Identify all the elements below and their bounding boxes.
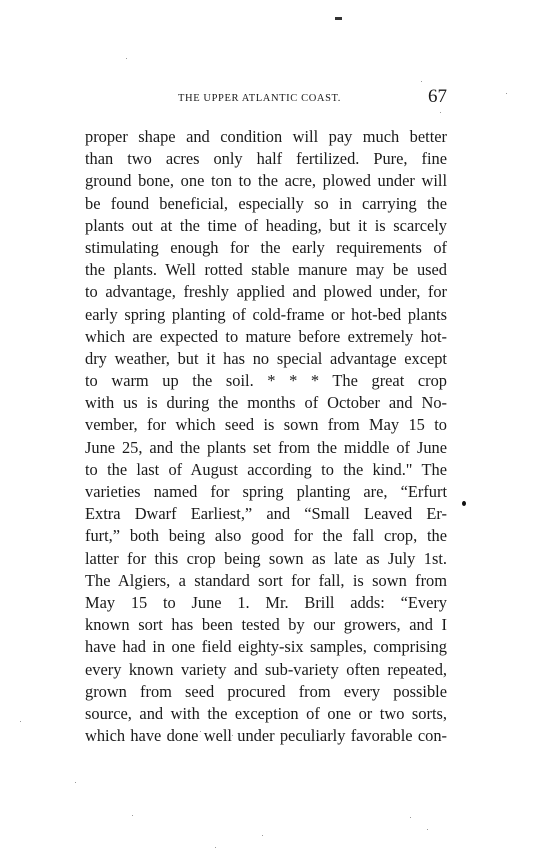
- scan-speck: [215, 847, 216, 848]
- scan-mark: [335, 17, 342, 20]
- text-line: The Algiers, a standard sort for fall, i…: [85, 570, 447, 592]
- text-line: which have done well under peculiarly fa…: [85, 725, 447, 747]
- body-text: proper shape and condition will pay much…: [85, 126, 447, 747]
- scan-speck: [20, 721, 21, 722]
- text-line: furt,” both being also good for the fall…: [85, 525, 447, 547]
- text-line: which are expected to mature before extr…: [85, 326, 447, 348]
- text-line: be found beneficial, especially so in ca…: [85, 193, 447, 215]
- text-line: early spring planting of cold-frame or h…: [85, 304, 447, 326]
- scan-speck: [440, 112, 441, 113]
- text-line: proper shape and condition will pay much…: [85, 126, 447, 148]
- running-head: THE UPPER ATLANTIC COAST. 67: [85, 89, 447, 109]
- text-line: ground bone, one ton to the acre, plowed…: [85, 170, 447, 192]
- text-line: latter for this crop being sown as late …: [85, 548, 447, 570]
- scan-speck: [421, 81, 422, 82]
- text-line: to advantage, freshly applied and plowed…: [85, 281, 447, 303]
- scan-speck: [200, 731, 201, 732]
- running-title: THE UPPER ATLANTIC COAST.: [178, 93, 341, 104]
- scan-speck: [126, 58, 127, 59]
- text-line: June 25, and the plants set from the mid…: [85, 437, 447, 459]
- text-line: the plants. Well rotted stable manure ma…: [85, 259, 447, 281]
- page-number: 67: [428, 86, 447, 108]
- scan-speck: [506, 93, 507, 94]
- margin-dot: [462, 501, 466, 506]
- text-line: vember, for which seed is sown from May …: [85, 414, 447, 436]
- scan-speck: [232, 735, 233, 736]
- text-line: to warm up the soil. * * * The great cro…: [85, 370, 447, 392]
- text-line: May 15 to June 1. Mr. Brill adds: “Every: [85, 592, 447, 614]
- text-line: than two acres only half fertilized. Pur…: [85, 148, 447, 170]
- text-line: varieties named for spring planting are,…: [85, 481, 447, 503]
- text-line: with us is during the months of October …: [85, 392, 447, 414]
- document-page: THE UPPER ATLANTIC COAST. 67 proper shap…: [0, 0, 552, 867]
- text-line: stimulating enough for the early require…: [85, 237, 447, 259]
- text-line: known sort has been tested by our grower…: [85, 614, 447, 636]
- text-line: grown from seed procured from every poss…: [85, 681, 447, 703]
- text-line: every known variety and sub-variety ofte…: [85, 659, 447, 681]
- text-line: to the last of August according to the k…: [85, 459, 447, 481]
- text-line: plants out at the time of heading, but i…: [85, 215, 447, 237]
- scan-speck: [427, 829, 428, 830]
- text-line: source, and with the exception of one or…: [85, 703, 447, 725]
- scan-speck: [132, 815, 133, 816]
- text-line: Extra Dwarf Earliest,” and “Small Leaved…: [85, 503, 447, 525]
- scan-speck: [75, 782, 76, 783]
- text-line: dry weather, but it has no special advan…: [85, 348, 447, 370]
- scan-speck: [262, 835, 263, 836]
- text-line: have had in one field eighty-six samples…: [85, 636, 447, 658]
- scan-speck: [410, 817, 411, 818]
